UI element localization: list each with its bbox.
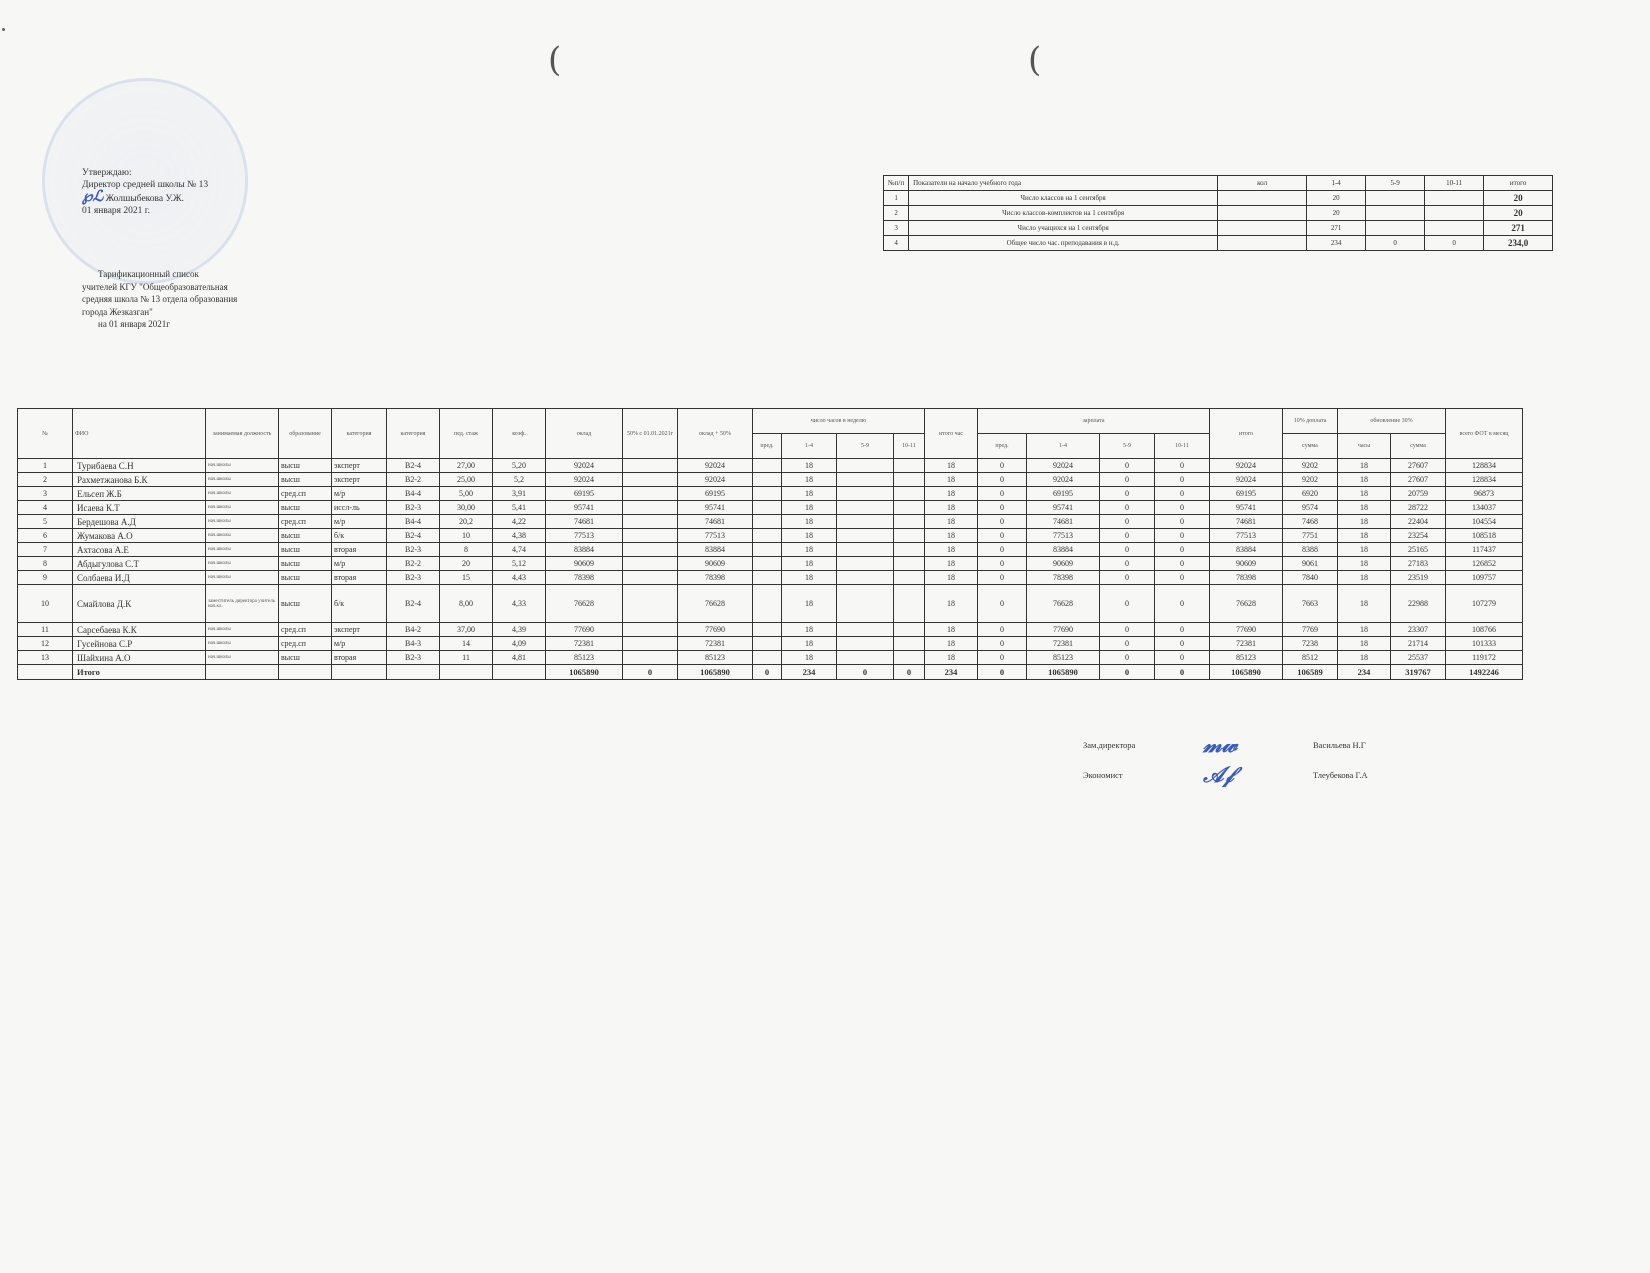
cell-pos: нач.школы [206,571,279,585]
cell-total: 101333 [1446,637,1523,651]
cell-p_pr: 0 [978,487,1027,501]
cell-u_s: 27183 [1391,557,1446,571]
cell-h_pr [753,571,782,585]
cell-cat: эксперт [332,473,387,487]
cell-edu: сред.сп [279,623,332,637]
cell-u_h: 18 [1338,637,1391,651]
cell-b50 [623,571,678,585]
cell-exp: 37,00 [440,623,493,637]
cell-fio: Сарсебаева К.К [73,623,206,637]
cell-h14: 18 [782,529,837,543]
cell-p59: 0 [1100,585,1155,623]
cell-b50 [623,473,678,487]
cell-p_pr: 0 [978,651,1027,665]
cell-n: 4 [18,501,73,515]
cell-h14: 18 [782,473,837,487]
cell-b10: 7840 [1283,571,1338,585]
cell-p59: 0 [1100,529,1155,543]
summary-cell-n: 1 [884,191,909,206]
cell-cat: эксперт [332,459,387,473]
summary-row: 4Общее число час. преподавания в н.д.234… [884,236,1553,251]
cell-sb: 85123 [678,651,753,665]
cell-edu: высш [279,529,332,543]
cell-p1011: 0 [1155,459,1210,473]
cell-u_s: 28722 [1391,501,1446,515]
cell-b10: 7238 [1283,637,1338,651]
cell-b10: 6920 [1283,487,1338,501]
cell-n: 7 [18,543,73,557]
cell-u_h: 18 [1338,529,1391,543]
cell-exp: 8 [440,543,493,557]
cell-h59 [837,487,894,501]
cell-pos: нач.школы [206,501,279,515]
summary-cell-c59 [1366,221,1425,236]
signature-row: Зам.директора 𝓂𝓌 Васильева Н.Г [1083,730,1368,760]
total-u_s: 319767 [1391,665,1446,680]
cell-h14: 18 [782,571,837,585]
cell-edu: сред.сп [279,487,332,501]
cell-h59 [837,585,894,623]
cell-u_s: 23519 [1391,571,1446,585]
cell-b50 [623,585,678,623]
cell-p14: 92024 [1027,473,1100,487]
cell-n: 3 [18,487,73,501]
cell-u_s: 23307 [1391,623,1446,637]
cell-ht: 18 [925,623,978,637]
cell-fio: Смайлова Д.К [73,585,206,623]
cell-h59 [837,515,894,529]
summary-cell-c14: 271 [1307,221,1366,236]
summary-cell-kol [1218,236,1307,251]
cell-p_pr: 0 [978,557,1027,571]
cell-p14: 74681 [1027,515,1100,529]
cell-p59: 0 [1100,473,1155,487]
cell-salary: 85123 [546,651,623,665]
director-signature: ℘ℒ [82,189,103,205]
summary-cell-c14: 234 [1307,236,1366,251]
cell-grade: В2-2 [387,473,440,487]
cell-exp: 5,00 [440,487,493,501]
cell-u_h: 18 [1338,459,1391,473]
cell-coef: 5,2 [493,473,546,487]
cell-p59: 0 [1100,571,1155,585]
total-h_pr: 0 [753,665,782,680]
punch-mark: ( [1028,40,1041,80]
cell-empty [206,665,279,680]
approval-block: Утверждаю: Директор средней школы № 13 ℘… [82,167,208,217]
cell-ht: 18 [925,515,978,529]
cell-h_pr [753,473,782,487]
cell-empty [332,665,387,680]
cell-p1011: 0 [1155,585,1210,623]
cell-b10: 9202 [1283,459,1338,473]
cell-b50 [623,515,678,529]
cell-exp: 15 [440,571,493,585]
cell-u_s: 22404 [1391,515,1446,529]
cell-pt: 76628 [1210,585,1283,623]
summary-cell-c14: 20 [1307,206,1366,221]
cell-ht: 18 [925,557,978,571]
cell-h_pr [753,623,782,637]
total-b10: 106589 [1283,665,1338,680]
cell-sb: 92024 [678,459,753,473]
cell-ht: 18 [925,459,978,473]
cell-cat: эксперт [332,623,387,637]
cell-pt: 69195 [1210,487,1283,501]
cell-h_pr [753,557,782,571]
cell-p1011: 0 [1155,501,1210,515]
cell-edu: высш [279,557,332,571]
cell-pos: заместитель директора учитель нач.кл. [206,585,279,623]
cell-coef: 4,43 [493,571,546,585]
cell-grade: В4-2 [387,623,440,637]
cell-empty [493,665,546,680]
cell-n: 9 [18,571,73,585]
cell-grade: В2-4 [387,585,440,623]
cell-sb: 78398 [678,571,753,585]
cell-h_pr [753,529,782,543]
cell-exp: 10 [440,529,493,543]
cell-p_pr: 0 [978,571,1027,585]
cell-h59 [837,543,894,557]
table-row: 4Исаева К.Тнач.школывысшиссл-льВ2-330,00… [18,501,1523,515]
cell-edu: высш [279,571,332,585]
cell-exp: 20 [440,557,493,571]
cell-h59 [837,623,894,637]
cell-exp: 14 [440,637,493,651]
scan-dot [2,28,5,31]
cell-salary: 69195 [546,487,623,501]
cell-pos: нач.школы [206,515,279,529]
cell-b50 [623,459,678,473]
cell-b50 [623,557,678,571]
cell-pt: 95741 [1210,501,1283,515]
cell-grade: В2-4 [387,459,440,473]
cell-p_pr: 0 [978,623,1027,637]
cell-p_pr: 0 [978,585,1027,623]
summary-cell-c14: 20 [1307,191,1366,206]
cell-ht: 18 [925,637,978,651]
cell-salary: 95741 [546,501,623,515]
cell-n: 1 [18,459,73,473]
summary-cell-label: Число классов-комплектов на 1 сентября [909,206,1218,221]
cell-p14: 69195 [1027,487,1100,501]
summary-cell-label: Число учащихся на 1 сентября [909,221,1218,236]
cell-h_pr [753,543,782,557]
summary-table: №п/п Показатели на начало учебного года … [883,175,1553,251]
cell-salary: 83884 [546,543,623,557]
cell-coef: 4,33 [493,585,546,623]
cell-p59: 0 [1100,623,1155,637]
summary-cell-label: Число классов на 1 сентября [909,191,1218,206]
cell-coef: 5,12 [493,557,546,571]
cell-fio: Гусейнова С.Р [73,637,206,651]
cell-empty [387,665,440,680]
cell-cat: б/к [332,529,387,543]
cell-total: 108518 [1446,529,1523,543]
cell-grade: В4-3 [387,637,440,651]
cell-h1011 [894,473,925,487]
cell-u_s: 22988 [1391,585,1446,623]
cell-empty [279,665,332,680]
table-row: 8Абдыгулова С.Тнач.школывысшм/рВ2-2205,1… [18,557,1523,571]
cell-cat: м/р [332,487,387,501]
cell-grade: В2-3 [387,651,440,665]
cell-u_s: 21714 [1391,637,1446,651]
cell-sb: 72381 [678,637,753,651]
cell-fio: Ахтасова А.Е [73,543,206,557]
summary-cell-c1011 [1425,191,1484,206]
cell-sb: 95741 [678,501,753,515]
cell-sb: 92024 [678,473,753,487]
cell-h1011 [894,515,925,529]
cell-u_h: 18 [1338,623,1391,637]
cell-p14: 92024 [1027,459,1100,473]
cell-p1011: 0 [1155,487,1210,501]
cell-salary: 74681 [546,515,623,529]
summary-cell-label: Общее число час. преподавания в н.д. [909,236,1218,251]
total-u_h: 234 [1338,665,1391,680]
cell-h59 [837,571,894,585]
summary-row: 3Число учащихся на 1 сентября271271 [884,221,1553,236]
cell-cat: м/р [332,557,387,571]
cell-h1011 [894,543,925,557]
table-row: 3Ельсеп Ж.Бнач.школысред.спм/рВ4-45,003,… [18,487,1523,501]
cell-cat: вторая [332,651,387,665]
cell-sb: 76628 [678,585,753,623]
cell-sb: 90609 [678,557,753,571]
cell-exp: 25,00 [440,473,493,487]
cell-p59: 0 [1100,651,1155,665]
cell-b10: 7663 [1283,585,1338,623]
total-pt: 1065890 [1210,665,1283,680]
cell-pt: 92024 [1210,473,1283,487]
cell-h59 [837,529,894,543]
cell-u_s: 25165 [1391,543,1446,557]
cell-pt: 85123 [1210,651,1283,665]
summary-cell-kol [1218,221,1307,236]
cell-b10: 9202 [1283,473,1338,487]
total-sb: 1065890 [678,665,753,680]
total-total: 1492246 [1446,665,1523,680]
cell-total: 96873 [1446,487,1523,501]
cell-h14: 18 [782,637,837,651]
cell-h59 [837,557,894,571]
cell-ht: 18 [925,473,978,487]
cell-u_h: 18 [1338,571,1391,585]
cell-total: 107279 [1446,585,1523,623]
summary-cell-n: 3 [884,221,909,236]
cell-p1011: 0 [1155,651,1210,665]
cell-edu: высш [279,501,332,515]
cell-u_s: 25537 [1391,651,1446,665]
cell-b50 [623,487,678,501]
cell-sb: 77513 [678,529,753,543]
cell-p59: 0 [1100,501,1155,515]
cell-p_pr: 0 [978,637,1027,651]
total-p59: 0 [1100,665,1155,680]
summary-cell-c59: 0 [1366,236,1425,251]
cell-n: 8 [18,557,73,571]
total-h14: 234 [782,665,837,680]
cell-total: 128834 [1446,473,1523,487]
cell-coef: 4,38 [493,529,546,543]
cell-pt: 83884 [1210,543,1283,557]
cell-u_h: 18 [1338,515,1391,529]
cell-pos: нач.школы [206,623,279,637]
approval-heading: Утверждаю: [82,167,208,179]
cell-fio: Солбаева И.Д [73,571,206,585]
cell-p1011: 0 [1155,637,1210,651]
cell-p14: 78398 [1027,571,1100,585]
cell-exp: 20,2 [440,515,493,529]
cell-cat: б/к [332,585,387,623]
cell-pt: 90609 [1210,557,1283,571]
cell-salary: 72381 [546,637,623,651]
cell-ht: 18 [925,651,978,665]
cell-h14: 18 [782,585,837,623]
cell-p1011: 0 [1155,473,1210,487]
cell-p14: 95741 [1027,501,1100,515]
cell-edu: сред.сп [279,515,332,529]
table-row: 1Турибаева С.Ннач.школывысшэкспертВ2-427… [18,459,1523,473]
total-p_pr: 0 [978,665,1027,680]
cell-h_pr [753,515,782,529]
cell-empty [18,665,73,680]
cell-coef: 4,81 [493,651,546,665]
cell-u_h: 18 [1338,473,1391,487]
cell-ht: 18 [925,585,978,623]
cell-n: 2 [18,473,73,487]
cell-n: 12 [18,637,73,651]
cell-h14: 18 [782,623,837,637]
cell-fio: Ельсеп Ж.Б [73,487,206,501]
signature-row: Экономист 𝒜𝒻 Тлеубекова Г.А [1083,760,1368,790]
cell-coef: 4,22 [493,515,546,529]
approval-date: 01 января 2021 г. [82,205,208,217]
cell-h59 [837,459,894,473]
total-row: Итого10658900106589002340023401065890001… [18,665,1523,680]
cell-sb: 83884 [678,543,753,557]
cell-pt: 92024 [1210,459,1283,473]
cell-ht: 18 [925,529,978,543]
cell-h1011 [894,637,925,651]
cell-h1011 [894,585,925,623]
cell-b50 [623,543,678,557]
cell-h14: 18 [782,515,837,529]
cell-n: 6 [18,529,73,543]
cell-b50 [623,529,678,543]
cell-sb: 69195 [678,487,753,501]
cell-salary: 92024 [546,459,623,473]
cell-h1011 [894,623,925,637]
cell-pos: нач.школы [206,637,279,651]
cell-grade: В4-4 [387,487,440,501]
cell-n: 13 [18,651,73,665]
cell-h_pr [753,459,782,473]
cell-b10: 9574 [1283,501,1338,515]
cell-p59: 0 [1100,637,1155,651]
cell-p_pr: 0 [978,501,1027,515]
total-h1011: 0 [894,665,925,680]
cell-fio: Шайхина А.О [73,651,206,665]
total-p1011: 0 [1155,665,1210,680]
cell-u_s: 27607 [1391,459,1446,473]
cell-h_pr [753,637,782,651]
cell-salary: 78398 [546,571,623,585]
cell-p1011: 0 [1155,529,1210,543]
cell-b50 [623,651,678,665]
cell-edu: сред.сп [279,637,332,651]
summary-row: 1Число классов на 1 сентября2020 [884,191,1553,206]
punch-mark: ( [548,40,561,80]
approval-director: ℘ℒ Жолшыбекова У.Ж. [82,191,208,205]
summary-cell-total: 234,0 [1484,236,1553,251]
cell-pos: нач.школы [206,529,279,543]
cell-u_h: 18 [1338,487,1391,501]
cell-pt: 77690 [1210,623,1283,637]
cell-p59: 0 [1100,487,1155,501]
cell-p_pr: 0 [978,473,1027,487]
cell-p14: 90609 [1027,557,1100,571]
summary-cell-c59 [1366,206,1425,221]
cell-salary: 92024 [546,473,623,487]
cell-grade: В2-3 [387,543,440,557]
cell-u_s: 27607 [1391,473,1446,487]
cell-cat: вторая [332,571,387,585]
summary-cell-c1011 [1425,221,1484,236]
cell-p14: 83884 [1027,543,1100,557]
handwritten-signature: 𝒜𝒻 [1203,760,1313,790]
cell-pt: 72381 [1210,637,1283,651]
cell-h_pr [753,585,782,623]
cell-h1011 [894,501,925,515]
summary-cell-c1011 [1425,206,1484,221]
cell-h1011 [894,557,925,571]
cell-h14: 18 [782,557,837,571]
cell-u_h: 18 [1338,543,1391,557]
cell-p_pr: 0 [978,515,1027,529]
cell-grade: В4-4 [387,515,440,529]
cell-coef: 4,09 [493,637,546,651]
table-row: 2Рахметжанова Б.Кнач.школывысшэкспертВ2-… [18,473,1523,487]
cell-p59: 0 [1100,515,1155,529]
cell-p1011: 0 [1155,543,1210,557]
cell-b50 [623,501,678,515]
cell-salary: 77690 [546,623,623,637]
summary-cell-kol [1218,206,1307,221]
cell-grade: В2-3 [387,501,440,515]
cell-sb: 74681 [678,515,753,529]
cell-n: 10 [18,585,73,623]
cell-u_h: 18 [1338,585,1391,623]
cell-h1011 [894,651,925,665]
signature-block: Зам.директора 𝓂𝓌 Васильева Н.Г Экономист… [1083,730,1368,790]
cell-ht: 18 [925,501,978,515]
cell-h1011 [894,571,925,585]
summary-cell-c1011: 0 [1425,236,1484,251]
cell-p59: 0 [1100,459,1155,473]
cell-p_pr: 0 [978,529,1027,543]
cell-h59 [837,473,894,487]
cell-u_h: 18 [1338,651,1391,665]
cell-p14: 77513 [1027,529,1100,543]
cell-total: 134037 [1446,501,1523,515]
cell-h14: 18 [782,543,837,557]
tariff-table: № ФИО занимаемая должность образование к… [17,408,1523,680]
cell-coef: 4,74 [493,543,546,557]
cell-u_h: 18 [1338,501,1391,515]
